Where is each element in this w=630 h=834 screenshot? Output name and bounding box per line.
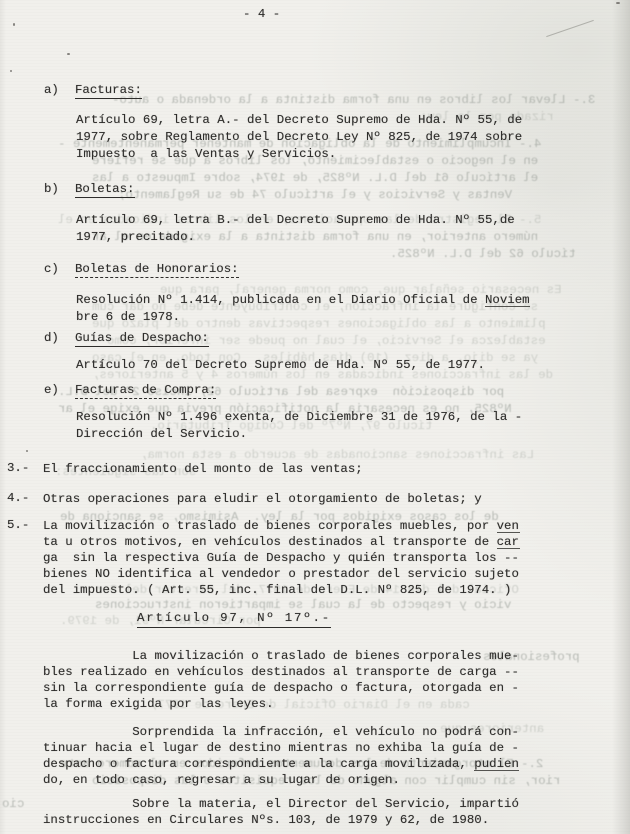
numbered-item-4-text: Otras operaciones para eludir el otorgam…	[43, 491, 482, 507]
item-label-boletas-honorarios: Boletas de Honorarios:	[75, 262, 239, 276]
numbered-item-5-marker: 5.-	[7, 518, 29, 532]
item-label-boletas: Boletas:	[75, 182, 135, 196]
item-paragraph-boletas: Artículo 69, letra B.- del Decreto Supre…	[76, 212, 515, 246]
scan-speck	[26, 450, 28, 452]
body-paragraph-2: Sorprendida la infracción, el vehículo n…	[43, 724, 519, 788]
typewritten-text-layer: - 4 - a) Facturas: Artículo 69, letra A.…	[0, 0, 630, 834]
body-paragraph-3: Sobre la materia, el Director del Servic…	[43, 796, 519, 828]
numbered-item-3-text: El fraccionamiento del monto de las vent…	[43, 461, 363, 477]
item-paragraph-facturas-compra: Resolución Nº 1.496 exenta, de Diciembre…	[76, 409, 522, 443]
scanned-document-page: 3.- Llevar los libros en una forma disti…	[0, 0, 630, 834]
scan-speck	[10, 70, 12, 72]
numbered-item-5-text: La movilización o traslado de bienes cor…	[43, 518, 519, 598]
scan-speck	[13, 23, 15, 26]
article-heading: Artículo 97, Nº 17º.-	[137, 611, 331, 625]
scan-speck	[67, 53, 70, 55]
item-label-guias-despacho: Guías de Despacho:	[75, 331, 209, 345]
item-marker-b: b)	[44, 182, 59, 196]
numbered-item-4-marker: 4.-	[7, 491, 29, 505]
body-paragraph-1: La movilización o traslado de bienes cor…	[43, 648, 519, 712]
page-number: - 4 -	[243, 7, 280, 21]
continuation-underline-noviem	[485, 306, 530, 307]
item-label-facturas: Facturas:	[75, 83, 142, 97]
continuation-underline-car	[497, 548, 520, 549]
item-label-facturas-compra: Facturas de Compra:	[75, 383, 216, 397]
item-paragraph-boletas-honorarios: Resolución Nº 1.414, publicada en el Dia…	[76, 292, 530, 326]
item-paragraph-guias-despacho: Artículo 70 del Decreto Supremo de Hda. …	[76, 357, 485, 374]
item-marker-c: c)	[44, 262, 59, 276]
item-paragraph-facturas: Artículo 69, letra A.- del Decreto Supre…	[76, 112, 522, 163]
item-marker-e: e)	[44, 383, 59, 397]
numbered-item-3-marker: 3.-	[7, 461, 29, 475]
item-marker-d: d)	[44, 331, 59, 345]
continuation-underline-ven	[497, 532, 520, 533]
scan-speck	[616, 2, 620, 4]
continuation-underline-pudien	[474, 770, 519, 771]
scan-speck	[100, 364, 103, 367]
item-marker-a: a)	[44, 83, 59, 97]
